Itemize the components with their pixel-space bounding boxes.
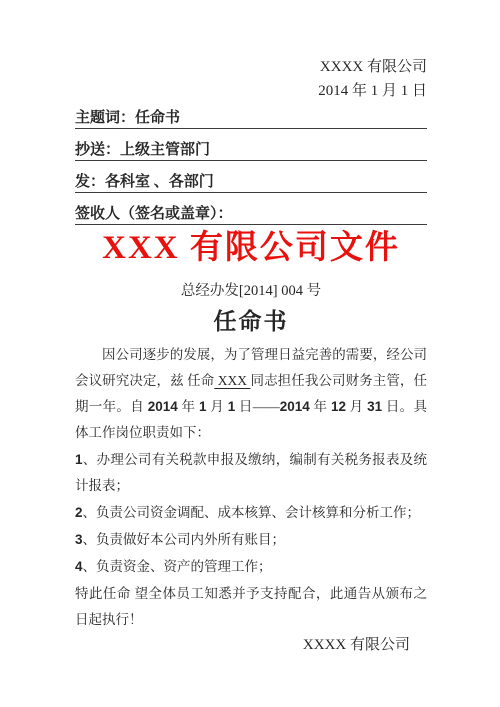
body-paragraphs: 因公司逐步的发展，为了管理日益完善的需要，经公司会议研究决定，兹 任命 XXX … xyxy=(75,342,427,633)
field-subject-label: 主题词： xyxy=(75,110,135,126)
document-header: XXXX 有限公司 2014 年 1 月 1 日 xyxy=(75,56,427,102)
field-issued-to-value: 各科室 、各部门 xyxy=(105,174,214,190)
red-document-banner: XXX 有限公司文件 xyxy=(75,230,427,266)
field-issued-to: 发：各科室 、各部门 xyxy=(75,161,427,193)
field-subject-value: 任命书 xyxy=(135,110,180,126)
field-rows: 主题词：任命书 抄送：上级主管部门 发：各科室 、各部门 签收人（签名或盖章）： xyxy=(75,106,427,225)
document-page: XXXX 有限公司 2014 年 1 月 1 日 主题词：任命书 抄送：上级主管… xyxy=(0,0,500,707)
company-name-top: XXXX 有限公司 xyxy=(75,56,427,78)
body-paragraph: 1、办理公司有关税款申报及缴纳，编制有关税务报表及统计报表； xyxy=(75,447,427,499)
field-recipient: 签收人（签名或盖章）： xyxy=(75,193,427,225)
body-paragraph: 4、负责资金、资产的管理工作； xyxy=(75,554,427,580)
field-cc-label: 抄送： xyxy=(75,142,120,158)
document-title: 任命书 xyxy=(75,309,427,335)
document-content: XXXX 有限公司 2014 年 1 月 1 日 主题词：任命书 抄送：上级主管… xyxy=(0,0,500,656)
field-cc-value: 上级主管部门 xyxy=(120,142,210,158)
body-paragraph: 特此任命 望全体员工知悉并予支持配合，此通告从颁布之日起执行！ xyxy=(75,581,427,633)
document-number: 总经办发[2014] 004 号 xyxy=(75,283,427,300)
field-cc: 抄送：上级主管部门 xyxy=(75,129,427,161)
field-subject: 主题词：任命书 xyxy=(75,106,427,129)
field-issued-to-label: 发： xyxy=(75,174,105,190)
body-paragraph: 因公司逐步的发展，为了管理日益完善的需要，经公司会议研究决定，兹 任命 XXX … xyxy=(75,342,427,446)
company-name-bottom: XXXX 有限公司 xyxy=(75,634,427,656)
field-recipient-label: 签收人（签名或盖章）： xyxy=(75,206,233,222)
body-paragraph: 3、负责做好本公司内外所有账目； xyxy=(75,527,427,553)
body-paragraph: 2、负责公司资金调配、成本核算、会计核算和分析工作； xyxy=(75,500,427,526)
date-line: 2014 年 1 月 1 日 xyxy=(75,80,427,102)
